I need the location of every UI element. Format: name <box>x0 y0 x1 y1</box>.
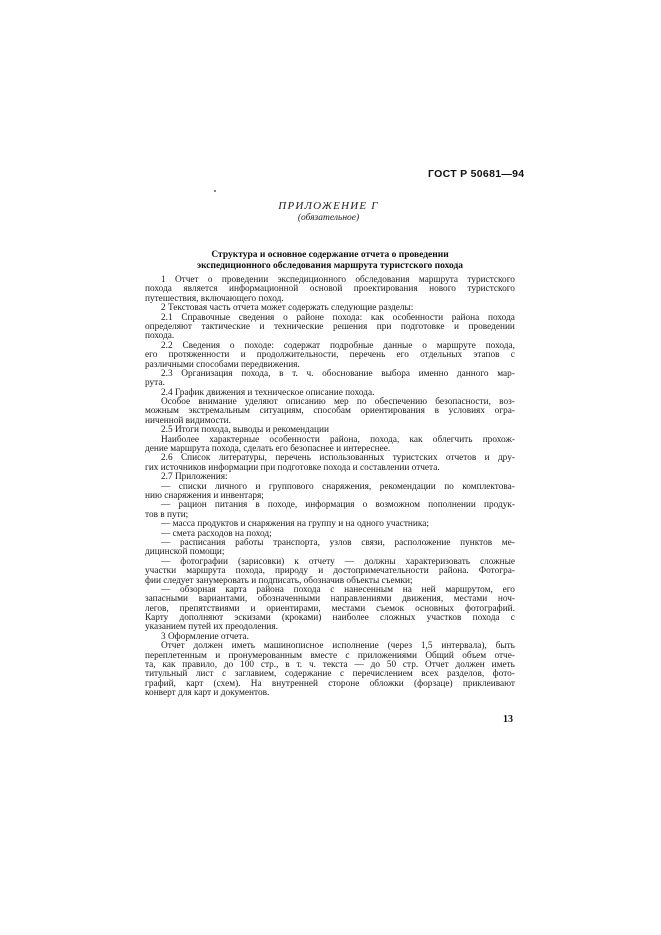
appendix-subtitle: (обязательное) <box>0 213 661 223</box>
section-heading: Структура и основное содержание отчета о… <box>145 250 515 272</box>
appendix-title: ПРИЛОЖЕНИЕ Г <box>0 200 661 212</box>
scan-speck <box>214 190 216 192</box>
appendix-title-text: ПРИЛОЖЕНИЕ Г <box>278 200 378 212</box>
page-number: 13 <box>503 714 513 725</box>
body-line: 2.3Организацияпохода,вт.ч.обоснованиевыб… <box>145 370 515 379</box>
standard-code: ГОСТ Р 50681—94 <box>428 168 524 180</box>
body-line: конверт для карт и документов. <box>145 689 515 698</box>
heading-line-1: Структура и основное содержание отчета о… <box>145 250 515 261</box>
body-text: 1Отчетопроведенииэкспедиционногообследов… <box>145 276 515 699</box>
body-line: определяюттактическиеитехническиерешения… <box>145 323 515 332</box>
appendix-subtitle-text: (обязательное) <box>298 213 359 223</box>
body-line: —рационпитаниявпоходе,информацияовозможн… <box>145 501 515 510</box>
heading-line-2: экспедиционного обследования маршрута ту… <box>145 261 515 272</box>
